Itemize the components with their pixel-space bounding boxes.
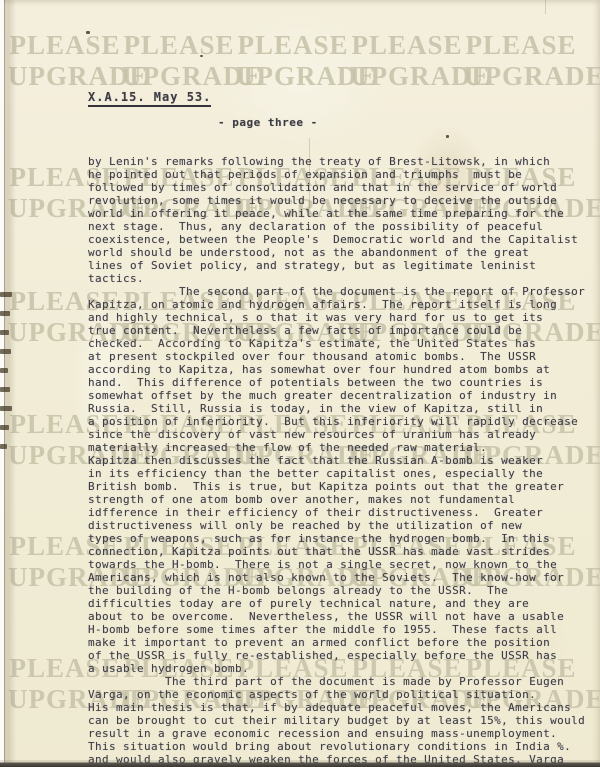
watermark-upgrade: UPGRADE <box>236 61 350 92</box>
watermark-word-pair: PLEASEUPGRADE <box>122 30 236 92</box>
text-line: H-bomb before some times after the middl… <box>88 623 593 636</box>
text-line: Varga, on the economic aspects of the wo… <box>88 688 593 701</box>
ink-speck <box>200 55 203 57</box>
watermark-upgrade: UPGRADE <box>464 61 578 92</box>
text-line: British bomb. This is true, but Kapitza … <box>88 480 593 493</box>
watermark-word-pair: PLEASEUPGRADE <box>8 30 122 92</box>
ink-speck <box>446 135 449 138</box>
text-line: make it important to prevent an armed co… <box>88 636 593 649</box>
text-line: strength of one atom bomb over another, … <box>88 493 593 506</box>
text-line: tactics. <box>88 272 593 285</box>
text-line: about to be overcome. Nevertheless, the … <box>88 610 593 623</box>
binding-perforation-mark <box>0 349 11 354</box>
watermark-word-pair: PLEASEUPGRADE <box>236 30 350 92</box>
watermark-upgrade: UPGRADE <box>122 61 236 92</box>
binding-perforation-mark <box>0 330 9 335</box>
binding-perforation-mark <box>0 425 9 430</box>
text-line: he pointed out that periods of expansion… <box>88 168 593 181</box>
text-line: a usable hydrogen bomb. <box>88 662 593 675</box>
text-line: lines of Soviet policy, and strategy, bu… <box>88 259 593 272</box>
binding-perforation-mark <box>0 444 7 449</box>
watermark-upgrade: UPGRADE <box>350 61 464 92</box>
binding-perforation-mark <box>0 406 12 411</box>
watermark-word-pair: PLEASEUPGRADE <box>464 30 578 92</box>
text-line: and highly technical, s o that it was ve… <box>88 311 593 324</box>
text-line: Russia. Still, Russia is today, in the v… <box>88 402 593 415</box>
text-line: result in a grave economic recession and… <box>88 727 593 740</box>
watermark-word-pair: PLEASEUPGRADE <box>350 30 464 92</box>
text-line: This situation would bring about revolut… <box>88 740 593 753</box>
text-line: followed by times of consolidation and t… <box>88 181 593 194</box>
text-line: according to Kapitza, has somewhat over … <box>88 363 593 376</box>
text-line: world should be understood, not as the a… <box>88 246 593 259</box>
watermark-please: PLEASE <box>464 30 578 61</box>
text-line: towards the H-bomb. There is not a singl… <box>88 558 593 571</box>
binding-perforation-mark <box>0 311 10 316</box>
text-line: connection, Kapitza points out that the … <box>88 545 593 558</box>
text-line: Americans, which is not also known to th… <box>88 571 593 584</box>
ink-speck <box>86 31 90 34</box>
watermark-please: PLEASE <box>8 30 122 61</box>
page-number-label: - page three - <box>218 116 318 129</box>
text-line: hand. This difference of potentials betw… <box>88 376 593 389</box>
text-line: idfference in their efficiency of their … <box>88 506 593 519</box>
text-line: The second part of the document is the r… <box>88 285 593 298</box>
binding-perforation-mark <box>0 368 8 373</box>
text-line: true content. Nevertheless a few facts o… <box>88 324 593 337</box>
text-line: since the discovery of vast new resource… <box>88 428 593 441</box>
watermark-please: PLEASE <box>122 30 236 61</box>
text-line: world in offering it peace, while at the… <box>88 207 593 220</box>
text-line: next stage. Thus, any declaration of the… <box>88 220 593 233</box>
text-line: The third part of the document is made b… <box>88 675 593 688</box>
watermark-please: PLEASE <box>236 30 350 61</box>
text-line: checked. According to Kapitza's estimate… <box>88 337 593 350</box>
bottom-scan-edge <box>0 760 600 767</box>
text-line: types of weapons, such as for instance t… <box>88 532 593 545</box>
left-scan-edge <box>0 0 16 767</box>
watermark-upgrade: UPGRADE <box>8 61 122 92</box>
text-line: the building of the H-bomb belongs alrea… <box>88 584 593 597</box>
binding-perforation-mark <box>0 292 12 297</box>
text-line: Kapitza then discusses the fact that the… <box>88 454 593 467</box>
text-line: somewhat offset by the much greater dece… <box>88 389 593 402</box>
text-line: Kapitza, on atomic and hydrogen affairs.… <box>88 298 593 311</box>
text-line: in its efficiency than the better capita… <box>88 467 593 480</box>
paper-crease <box>545 0 546 14</box>
text-line: distructiveness will only be reached by … <box>88 519 593 532</box>
typewritten-text: by Lenin's remarks following the treaty … <box>88 155 593 766</box>
text-line: materially increased the flow of the nee… <box>88 441 593 454</box>
text-line: a position of inferiority. But this infe… <box>88 415 593 428</box>
text-line: at present stockpiled over four thousand… <box>88 350 593 363</box>
header-reference: X.A.15. May 53. <box>88 90 211 107</box>
text-line: coexistence, between the People's Democr… <box>88 233 593 246</box>
text-line: revolution, some times it would be neces… <box>88 194 593 207</box>
binding-perforation-mark <box>0 387 10 392</box>
text-line: can be brought to cut their military bud… <box>88 714 593 727</box>
text-line: of the USSR is fully re-established, esp… <box>88 649 593 662</box>
scanned-page: PLEASEUPGRADEPLEASEUPGRADEPLEASEUPGRADEP… <box>0 0 600 767</box>
text-line: by Lenin's remarks following the treaty … <box>88 155 593 168</box>
watermark-please: PLEASE <box>350 30 464 61</box>
text-line: His main thesis is that, if by adequate … <box>88 701 593 714</box>
text-line: difficulties today are of purely technic… <box>88 597 593 610</box>
